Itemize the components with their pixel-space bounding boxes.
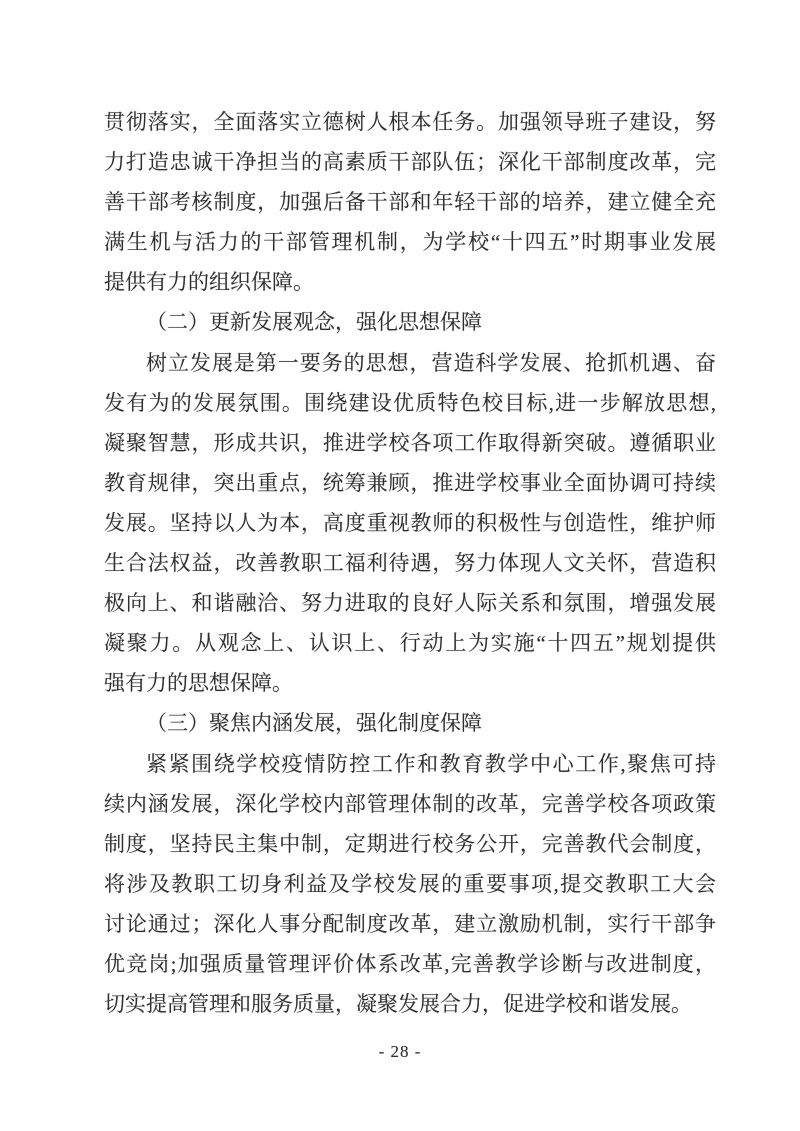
body-text-line: 发展。坚持以人为本，高度重视教师的积极性与创造性，维护师 — [104, 503, 716, 543]
document-text-block: 贯彻落实，全面落实立德树人根本任务。加强领导班子建设，努力打造忠诚干净担当的高素… — [104, 102, 716, 1024]
body-text-line: 续内涵发展，深化学校内部管理体制的改革，完善学校各项政策 — [104, 784, 716, 824]
body-text-line: 发有为的发展氛围。围绕建设优质特色校目标,进一步解放思想, — [104, 383, 716, 423]
body-text-line: 切实提高管理和服务质量，凝聚发展合力，促进学校和谐发展。 — [104, 984, 716, 1024]
body-text-line: 提供有力的组织保障。 — [104, 262, 716, 302]
body-text-line: 强有力的思想保障。 — [104, 663, 716, 703]
body-text-line: 生合法权益，改善教职工福利待遇，努力体现人文关怀，营造积 — [104, 543, 716, 583]
body-text-line: 制度，坚持民主集中制，定期进行校务公开，完善教代会制度， — [104, 824, 716, 864]
body-text-line: 优竞岗;加强质量管理评价体系改革,完善教学诊断与改进制度， — [104, 944, 716, 984]
body-text-line: 贯彻落实，全面落实立德树人根本任务。加强领导班子建设，努 — [104, 102, 716, 142]
section-heading: （二）更新发展观念，强化思想保障 — [104, 302, 716, 342]
body-text-line: 凝聚智慧，形成共识，推进学校各项工作取得新突破。遵循职业 — [104, 423, 716, 463]
body-text-line: 满生机与活力的干部管理机制，为学校“十四五”时期事业发展 — [104, 222, 716, 262]
body-text-line: 紧紧围绕学校疫情防控工作和教育教学中心工作,聚焦可持 — [104, 744, 716, 784]
section-heading: （三）聚焦内涵发展，强化制度保障 — [104, 703, 716, 743]
body-text-line: 凝聚力。从观念上、认识上、行动上为实施“十四五”规划提供 — [104, 623, 716, 663]
page-number: - 28 - — [0, 1040, 800, 1064]
body-text-line: 极向上、和谐融洽、努力进取的良好人际关系和氛围，增强发展 — [104, 583, 716, 623]
body-text-line: 善干部考核制度，加强后备干部和年轻干部的培养，建立健全充 — [104, 182, 716, 222]
body-text-line: 讨论通过；深化人事分配制度改革，建立激励机制，实行干部争 — [104, 904, 716, 944]
body-text-line: 将涉及教职工切身利益及学校发展的重要事项,提交教职工大会 — [104, 864, 716, 904]
body-text-line: 教育规律，突出重点，统筹兼顾，推进学校事业全面协调可持续 — [104, 463, 716, 503]
document-page: 贯彻落实，全面落实立德树人根本任务。加强领导班子建设，努力打造忠诚干净担当的高素… — [0, 0, 800, 1131]
body-text-line: 力打造忠诚干净担当的高素质干部队伍；深化干部制度改革，完 — [104, 142, 716, 182]
body-text-line: 树立发展是第一要务的思想，营造科学发展、抢抓机遇、奋 — [104, 343, 716, 383]
